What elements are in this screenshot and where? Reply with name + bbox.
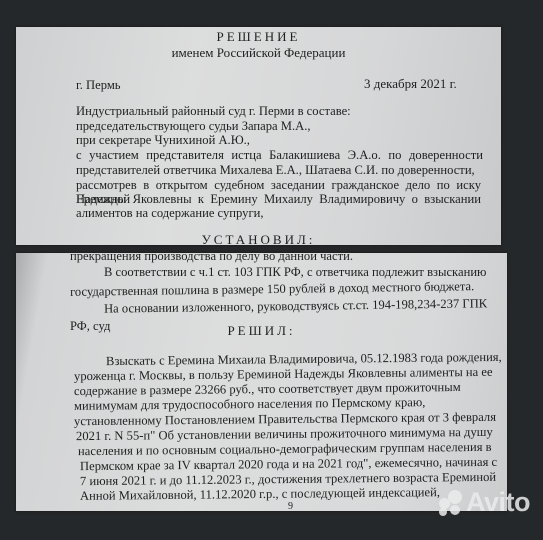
avito-watermark: Avito xyxy=(437,487,530,518)
document-date: 3 декабря 2021 г. xyxy=(364,77,457,91)
text-line: с участием представителя истца Балакишие… xyxy=(76,148,483,162)
text-line: представителей ответчика Михалева Е.А., … xyxy=(76,163,475,177)
text-line: В соответствии с ч.1 ст. 103 ГПК РФ, с о… xyxy=(104,265,496,279)
section-heading-ustanovil: УСТАНОВИЛ: xyxy=(16,233,501,245)
section-heading-reshil: РЕШИЛ: xyxy=(16,324,507,338)
text-line: государственная пошлина в размере 150 ру… xyxy=(70,279,474,299)
text-line: председательствующего судьи Запара М.А., xyxy=(76,119,311,133)
document-page-top: РЕШЕНИЕ именем Российской Федерации г. П… xyxy=(16,27,501,245)
text-line: На основании изложенного, руководствуясь… xyxy=(104,296,487,315)
document-subtitle: именем Российской Федерации xyxy=(16,46,501,60)
text-line: при секретаре Чунихиной А.Ю., xyxy=(76,133,250,147)
text-line: алиментов на содержание супруги, xyxy=(76,206,264,220)
page-number: 9 xyxy=(288,500,293,511)
document-city: г. Пермь xyxy=(76,78,121,92)
text-line: Индустриальный районный суд г. Перми в с… xyxy=(76,104,351,118)
decision-line: Анной Михайловной, 11.12.2020 г.р., с по… xyxy=(80,485,440,503)
text-line: прекращения производства по делу во данн… xyxy=(70,253,353,263)
avito-dots-icon xyxy=(437,490,463,516)
text-line: Надежды Яковлевны к Еремину Михаилу Влад… xyxy=(76,192,481,206)
document-title: РЕШЕНИЕ xyxy=(16,30,501,44)
avito-brand-text: Avito xyxy=(466,487,530,518)
document-page-bottom: прекращения производства по делу во данн… xyxy=(16,253,507,511)
